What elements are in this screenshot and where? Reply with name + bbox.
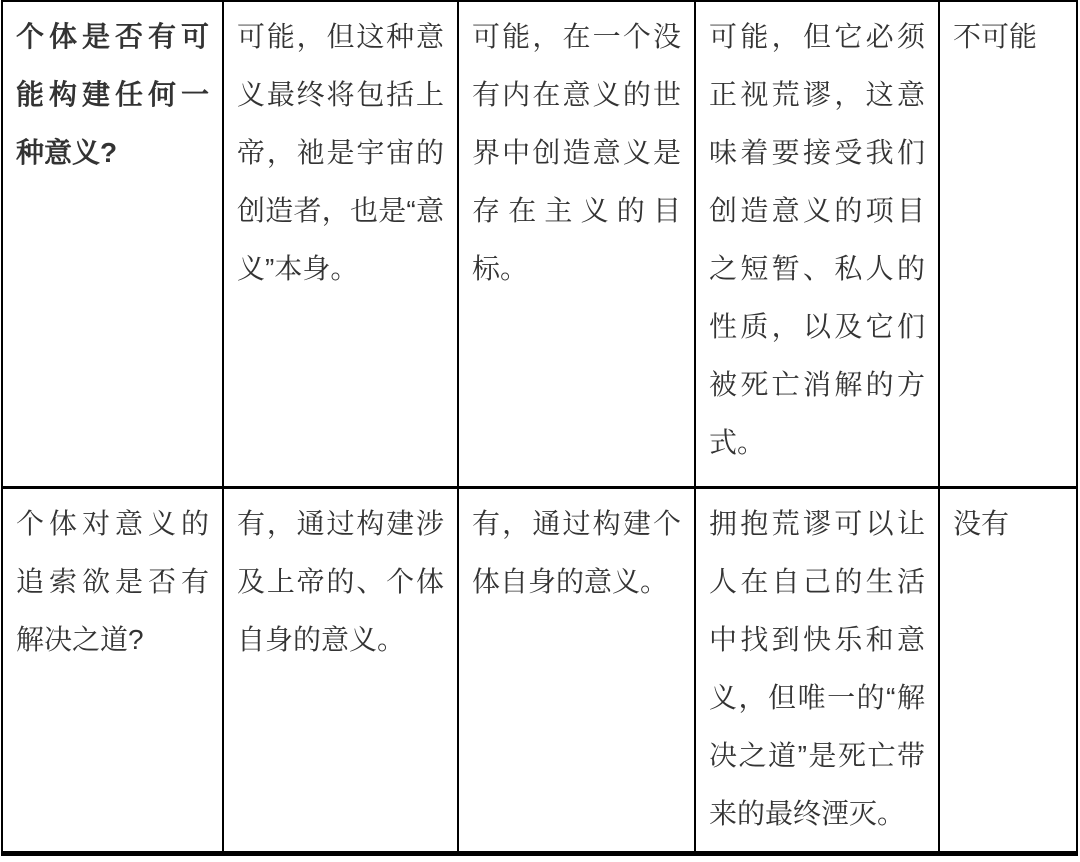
answer-cell-existentialism: 有，通过构建个体自身的意义。 <box>458 487 695 853</box>
answer-cell-theism: 有，通过构建涉及上帝的、个体自身的意义。 <box>223 487 458 853</box>
table-row: 个体对意义的追索欲是否有解决之道? 有，通过构建涉及上帝的、个体自身的意义。 有… <box>2 487 1077 853</box>
answer-cell-absurdism: 拥抱荒谬可以让人在自己的生活中找到快乐和意义，但唯一的“解决之道”是死亡带来的最… <box>695 487 939 853</box>
answer-cell-theism: 可能，但这种意义最终将包括上帝，祂是宇宙的创造者，也是“意义”本身。 <box>223 1 458 487</box>
answer-cell-nihilism: 没有 <box>939 487 1077 853</box>
philosophy-comparison-table: 个体是否有可能构建任何一种意义? 可能，但这种意义最终将包括上帝，祂是宇宙的创造… <box>1 0 1078 856</box>
answer-cell-nihilism: 不可能 <box>939 1 1077 487</box>
answer-cell-existentialism: 可能，在一个没有内在意义的世界中创造意义是存在主义的目标。 <box>458 1 695 487</box>
question-cell: 个体是否有可能构建任何一种意义? <box>2 1 223 487</box>
document-page: 个体是否有可能构建任何一种意义? 可能，但这种意义最终将包括上帝，祂是宇宙的创造… <box>0 0 1080 862</box>
question-cell: 个体对意义的追索欲是否有解决之道? <box>2 487 223 853</box>
answer-cell-absurdism: 可能，但它必须正视荒谬，这意味着要接受我们创造意义的项目之短暂、私人的性质，以及… <box>695 1 939 487</box>
table-row: 个体是否有可能构建任何一种意义? 可能，但这种意义最终将包括上帝，祂是宇宙的创造… <box>2 1 1077 487</box>
